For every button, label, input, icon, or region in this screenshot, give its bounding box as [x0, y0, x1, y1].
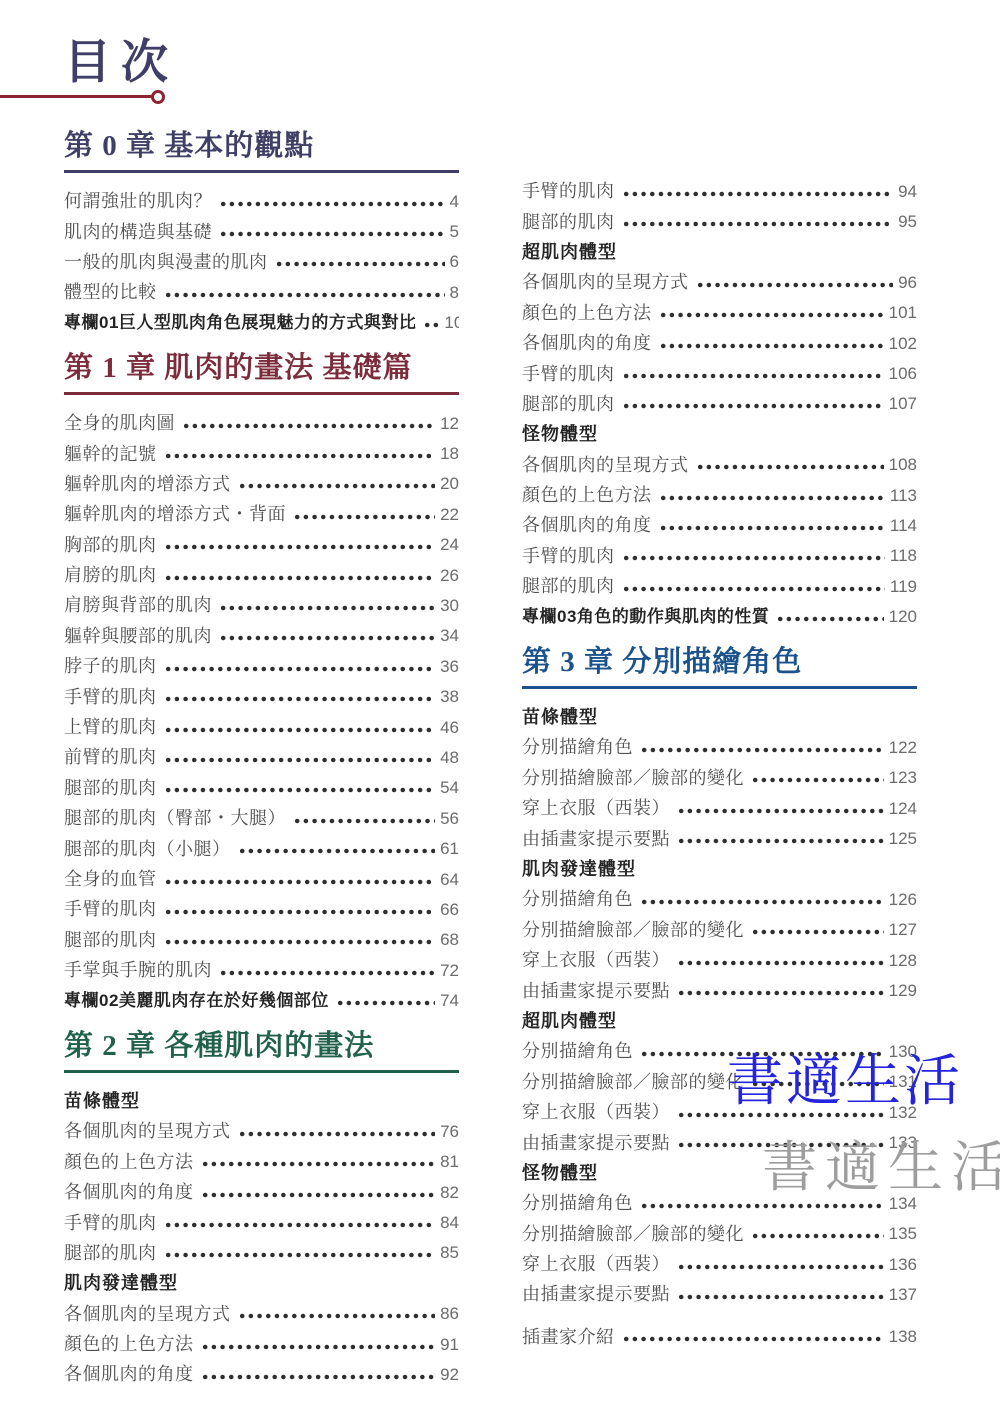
toc-subheading-label: 怪物體型	[522, 425, 598, 443]
dot-leader	[778, 616, 883, 622]
toc-entry-label: 肩膀與背部的肌肉	[64, 596, 212, 614]
toc-entry: 手臂的肌肉38	[64, 681, 459, 711]
title-rule-circle-icon	[151, 90, 165, 104]
toc-entry: 上臂的肌肉46	[64, 712, 459, 742]
page-title: 目次	[64, 38, 178, 90]
toc-entry-label: 各個肌肉的呈現方式	[522, 273, 689, 291]
dot-leader	[221, 605, 435, 611]
toc-entry-label: 插畫家介紹	[522, 1328, 615, 1346]
page-number: 34	[440, 627, 459, 644]
dot-leader	[679, 1264, 884, 1270]
toc-entry-label: 穿上衣服（西裝）	[522, 1103, 670, 1121]
toc-entry-label: 穿上衣服（西裝）	[522, 799, 670, 817]
page-number: 128	[889, 952, 917, 969]
toc-entry-label: 各個肌肉的角度	[522, 516, 652, 534]
dot-leader	[679, 1294, 884, 1300]
toc-entry: 胸部的肌肉24	[64, 530, 459, 560]
dot-leader	[679, 960, 884, 966]
page-number: 18	[440, 445, 459, 462]
dot-leader	[679, 808, 884, 814]
toc-entry: 手臂的肌肉84	[64, 1207, 459, 1237]
watermark-blue: 書適生活	[727, 1054, 963, 1110]
page-number: 102	[889, 335, 917, 352]
toc-entry-label: 腿部的肌肉	[64, 1244, 157, 1262]
toc-entry: 分別描繪角色126	[522, 884, 917, 914]
toc-entry: 各個肌肉的呈現方式86	[64, 1299, 459, 1329]
toc-entry: 全身的肌肉圖12	[64, 408, 459, 438]
toc-entry: 手臂的肌肉94	[522, 176, 917, 206]
toc-subheading-label: 超肌肉體型	[522, 243, 617, 261]
dot-leader	[166, 575, 436, 581]
toc-entry: 肩膀的肌肉26	[64, 560, 459, 590]
page-number: 22	[440, 506, 459, 523]
dot-leader	[661, 343, 884, 349]
toc-subheading-label: 超肌肉體型	[522, 1012, 617, 1030]
toc-entry-label: 軀幹肌肉的增添方式	[64, 475, 231, 493]
dot-leader	[166, 787, 436, 793]
toc-entry: 穿上衣服（西裝）124	[522, 793, 917, 823]
toc-entry: 插畫家介紹138	[522, 1322, 917, 1352]
dot-leader	[642, 899, 884, 905]
toc-entry: 軀幹與腰部的肌肉34	[64, 621, 459, 651]
page-number: 125	[889, 830, 917, 847]
toc-subheading: 超肌肉體型	[522, 1006, 917, 1036]
dot-leader	[203, 1192, 436, 1198]
page-number: 129	[889, 982, 917, 999]
toc-entry-label: 由插畫家提示要點	[522, 1134, 670, 1152]
page-number: 95	[898, 213, 917, 230]
toc-entry: 顏色的上色方法113	[522, 480, 917, 510]
toc-entry: 肩膀與背部的肌肉30	[64, 590, 459, 620]
page-number: 64	[440, 871, 459, 888]
dot-leader	[679, 838, 884, 844]
toc-entry: 腿部的肌肉119	[522, 571, 917, 601]
dot-leader	[698, 464, 884, 470]
toc-entry: 體型的比較8	[64, 277, 459, 307]
toc-entry: 各個肌肉的呈現方式76	[64, 1116, 459, 1146]
toc-entry: 手臂的肌肉66	[64, 894, 459, 924]
toc-entry-label: 穿上衣服（西裝）	[522, 1255, 670, 1273]
page-number: 66	[440, 901, 459, 918]
page-number: 46	[440, 719, 459, 736]
page-number: 72	[440, 962, 459, 979]
dot-leader	[624, 373, 884, 379]
dot-leader	[166, 544, 436, 550]
dot-leader	[240, 848, 436, 854]
dot-leader	[166, 757, 436, 763]
page-number: 107	[889, 395, 917, 412]
page-number: 81	[440, 1153, 459, 1170]
dot-leader	[277, 261, 445, 267]
page-number: 91	[440, 1336, 459, 1353]
toc-entry-label: 手臂的肌肉	[64, 688, 157, 706]
toc-entry: 分別描繪臉部／臉部的變化123	[522, 763, 917, 793]
dot-leader	[338, 1000, 435, 1006]
dot-leader	[698, 282, 894, 288]
toc-page: 目次 第 0 章 基本的觀點何謂強壯的肌肉？4肌肉的構造與基礎5一般的肌肉與漫畫…	[0, 0, 1000, 1412]
page-number: 84	[440, 1214, 459, 1231]
toc-entry-label: 各個肌肉的呈現方式	[64, 1305, 231, 1323]
toc-entry-label: 一般的肌肉與漫畫的肌肉	[64, 253, 268, 271]
page-number: 5	[450, 223, 459, 240]
dot-leader	[624, 191, 894, 197]
toc-entry-label: 手臂的肌肉	[64, 900, 157, 918]
page-number: 68	[440, 931, 459, 948]
toc-entry-label: 分別描繪臉部／臉部的變化	[522, 921, 744, 939]
dot-leader	[624, 555, 885, 561]
page-number: 119	[890, 578, 917, 595]
page-number: 127	[889, 921, 917, 938]
page-number: 85	[440, 1244, 459, 1261]
toc-entry-label: 腿部的肌肉	[64, 931, 157, 949]
toc-entry-label: 分別描繪臉部／臉部的變化	[522, 1073, 744, 1091]
page-number: 56	[440, 810, 459, 827]
toc-subheading: 超肌肉體型	[522, 237, 917, 267]
page-number: 123	[889, 769, 917, 786]
dot-leader	[240, 1131, 436, 1137]
dot-leader	[642, 747, 884, 753]
toc-entry: 由插畫家提示要點129	[522, 975, 917, 1005]
toc-entry: 脖子的肌肉36	[64, 651, 459, 681]
page-number: 137	[889, 1286, 917, 1303]
toc-entry-label: 專欄01巨人型肌肉角色展現魅力的方式與對比	[64, 314, 416, 331]
toc-section: 手臂的肌肉94腿部的肌肉95超肌肉體型各個肌肉的呈現方式96顏色的上色方法101…	[522, 176, 917, 632]
toc-subheading: 苗條體型	[64, 1086, 459, 1116]
page-number: 138	[889, 1328, 917, 1345]
dot-leader	[221, 970, 435, 976]
toc-entry: 腿部的肌肉85	[64, 1238, 459, 1268]
page-number: 120	[889, 608, 917, 625]
toc-entry: 各個肌肉的角度92	[64, 1359, 459, 1389]
toc-left-column: 第 0 章 基本的觀點何謂強壯的肌肉？4肌肉的構造與基礎5一般的肌肉與漫畫的肌肉…	[64, 128, 459, 1390]
toc-entry: 手臂的肌肉118	[522, 541, 917, 571]
toc-subheading: 肌肉發達體型	[64, 1268, 459, 1298]
dot-leader	[661, 525, 885, 531]
page-number: 38	[440, 688, 459, 705]
toc-entry-label: 顏色的上色方法	[522, 304, 652, 322]
toc-entry-label: 肌肉的構造與基礎	[64, 223, 212, 241]
toc-entry-label: 前臂的肌肉	[64, 748, 157, 766]
page-number: 24	[440, 536, 459, 553]
toc-entry: 何謂強壯的肌肉？4	[64, 186, 459, 216]
toc-entry-label: 分別描繪角色	[522, 1042, 633, 1060]
dot-leader	[203, 1344, 436, 1350]
page-number: 113	[890, 487, 917, 504]
toc-entry-label: 由插畫家提示要點	[522, 982, 670, 1000]
toc-entry-label: 各個肌肉的角度	[64, 1183, 194, 1201]
dot-leader	[166, 1252, 436, 1258]
toc-entry-label: 各個肌肉的呈現方式	[522, 456, 689, 474]
page-number: 61	[440, 840, 459, 857]
page-number: 4	[450, 193, 459, 210]
page-number: 122	[889, 739, 917, 756]
chapter-section: 第 2 章 各種肌肉的畫法苗條體型各個肌肉的呈現方式76顏色的上色方法81各個肌…	[64, 1028, 459, 1390]
toc-subheading: 怪物體型	[522, 419, 917, 449]
toc-entry-label: 由插畫家提示要點	[522, 830, 670, 848]
toc-entry: 顏色的上色方法91	[64, 1329, 459, 1359]
toc-subheading-label: 肌肉發達體型	[522, 860, 636, 878]
toc-subheading-label: 苗條體型	[64, 1092, 140, 1110]
dot-leader	[240, 1313, 436, 1319]
toc-entry: 腿部的肌肉68	[64, 925, 459, 955]
dot-leader	[166, 1222, 436, 1228]
toc-subheading-label: 怪物體型	[522, 1164, 598, 1182]
page-number: 54	[440, 779, 459, 796]
toc-entry: 顏色的上色方法81	[64, 1147, 459, 1177]
toc-entry: 腿部的肌肉（小腿）61	[64, 833, 459, 863]
dot-leader	[166, 696, 436, 702]
toc-entry: 腿部的肌肉54	[64, 773, 459, 803]
page-number: 36	[440, 658, 459, 675]
chapter-heading: 第 0 章 基本的觀點	[64, 128, 459, 173]
toc-entry: 腿部的肌肉95	[522, 206, 917, 236]
dot-leader	[166, 727, 436, 733]
dot-leader	[753, 929, 884, 935]
dot-leader	[624, 1336, 884, 1342]
dot-leader	[624, 221, 894, 227]
toc-entry-label: 分別描繪角色	[522, 738, 633, 756]
toc-entry: 軀幹肌肉的增添方式・背面22	[64, 499, 459, 529]
toc-entry-label: 手臂的肌肉	[64, 1214, 157, 1232]
toc-entry: 腿部的肌肉107	[522, 389, 917, 419]
toc-entry-label: 腿部的肌肉	[522, 213, 615, 231]
toc-entry: 前臂的肌肉48	[64, 742, 459, 772]
dot-leader	[166, 666, 436, 672]
toc-entry: 分別描繪角色122	[522, 732, 917, 762]
dot-leader	[166, 909, 436, 915]
toc-subheading: 肌肉發達體型	[522, 854, 917, 884]
page-number: 6	[450, 253, 459, 270]
dot-leader	[166, 453, 436, 459]
page-number: 118	[890, 547, 917, 564]
toc-entry-label: 軀幹與腰部的肌肉	[64, 627, 212, 645]
page-number: 76	[440, 1123, 459, 1140]
chapter-heading: 第 3 章 分別描繪角色	[522, 644, 917, 689]
dot-leader	[642, 1203, 884, 1209]
dot-leader	[203, 1161, 436, 1167]
toc-entry: 專欄02美麗肌肉存在於好幾個部位74	[64, 985, 459, 1015]
toc-entry: 各個肌肉的呈現方式96	[522, 267, 917, 297]
title-rule-line	[0, 95, 153, 98]
toc-entry-label: 各個肌肉的角度	[522, 334, 652, 352]
page-number: 74	[440, 992, 459, 1009]
page-number: 8	[450, 284, 459, 301]
toc-entry: 專欄03角色的動作與肌肉的性質120	[522, 601, 917, 631]
toc-entry-label: 何謂強壯的肌肉？	[64, 192, 212, 210]
toc-entry-label: 穿上衣服（西裝）	[522, 951, 670, 969]
dot-leader	[221, 231, 445, 237]
toc-entry-label: 全身的血管	[64, 870, 157, 888]
page-number: 26	[440, 567, 459, 584]
page-number: 94	[898, 183, 917, 200]
dot-leader	[184, 423, 435, 429]
dot-leader	[240, 483, 436, 489]
toc-subheading: 苗條體型	[522, 702, 917, 732]
page-number: 30	[440, 597, 459, 614]
toc-subheading-label: 肌肉發達體型	[64, 1274, 178, 1292]
page-number: 48	[440, 749, 459, 766]
toc-entry: 軀幹肌肉的增添方式20	[64, 469, 459, 499]
page-number: 86	[440, 1305, 459, 1322]
toc-entry-label: 分別描繪角色	[522, 1194, 633, 1212]
page-number: 12	[440, 415, 459, 432]
toc-entry-label: 腿部的肌肉（臀部・大腿）	[64, 809, 286, 827]
toc-entry-label: 腿部的肌肉	[522, 577, 615, 595]
dot-leader	[624, 403, 884, 409]
dot-leader	[295, 818, 435, 824]
page-number: 126	[889, 891, 917, 908]
dot-leader	[166, 939, 436, 945]
toc-entry-label: 肩膀的肌肉	[64, 566, 157, 584]
dot-leader	[661, 495, 885, 501]
page-number: 101	[889, 304, 917, 321]
toc-entry: 軀幹的記號18	[64, 438, 459, 468]
toc-entry: 各個肌肉的呈現方式108	[522, 450, 917, 480]
dot-leader	[203, 1374, 436, 1380]
chapter-section: 第 1 章 肌肉的畫法 基礎篇全身的肌肉圖12軀幹的記號18軀幹肌肉的增添方式2…	[64, 350, 459, 1016]
toc-subheading-label: 苗條體型	[522, 708, 598, 726]
page-number: 135	[889, 1225, 917, 1242]
toc-entry-label: 顏色的上色方法	[64, 1153, 194, 1171]
toc-entry-label: 脖子的肌肉	[64, 657, 157, 675]
toc-entry-label: 各個肌肉的呈現方式	[64, 1122, 231, 1140]
dot-leader	[295, 514, 435, 520]
page-number: 136	[889, 1256, 917, 1273]
dot-leader	[661, 312, 884, 318]
toc-entry: 手掌與手腕的肌肉72	[64, 955, 459, 985]
toc-entry-label: 手臂的肌肉	[522, 365, 615, 383]
dot-leader	[753, 777, 884, 783]
chapter-heading: 第 1 章 肌肉的畫法 基礎篇	[64, 350, 459, 395]
dot-leader	[166, 292, 445, 298]
page-number: 20	[440, 475, 459, 492]
toc-entry: 專欄01巨人型肌肉角色展現魅力的方式與對比10	[64, 308, 459, 338]
toc-entry-label: 腿部的肌肉（小腿）	[64, 840, 231, 858]
chapter-section: 第 3 章 分別描繪角色苗條體型分別描繪角色122分別描繪臉部／臉部的變化123…	[522, 644, 917, 1310]
toc-entry: 肌肉的構造與基礎5	[64, 216, 459, 246]
watermark-gray: 書適生活	[762, 1140, 1000, 1195]
toc-entry: 各個肌肉的角度114	[522, 510, 917, 540]
toc-entry-label: 分別描繪角色	[522, 890, 633, 908]
toc-entry-label: 胸部的肌肉	[64, 536, 157, 554]
toc-entry: 穿上衣服（西裝）128	[522, 945, 917, 975]
dot-leader	[221, 201, 445, 207]
toc-entry: 分別描繪臉部／臉部的變化135	[522, 1219, 917, 1249]
toc-entry-label: 軀幹的記號	[64, 445, 157, 463]
page-number: 108	[889, 456, 917, 473]
dot-leader	[425, 322, 439, 328]
page-number: 106	[889, 365, 917, 382]
toc-entry: 腿部的肌肉（臀部・大腿）56	[64, 803, 459, 833]
toc-entry-label: 專欄03角色的動作與肌肉的性質	[522, 608, 769, 625]
toc-entry: 全身的血管64	[64, 864, 459, 894]
toc-entry: 顏色的上色方法101	[522, 298, 917, 328]
toc-entry: 一般的肌肉與漫畫的肌肉6	[64, 247, 459, 277]
dot-leader	[624, 586, 885, 592]
toc-entry-label: 手掌與手腕的肌肉	[64, 961, 212, 979]
toc-entry-label: 上臂的肌肉	[64, 718, 157, 736]
toc-entry-label: 顏色的上色方法	[522, 486, 652, 504]
toc-entry-label: 軀幹肌肉的增添方式・背面	[64, 505, 286, 523]
toc-entry-label: 手臂的肌肉	[522, 547, 615, 565]
toc-entry: 由插畫家提示要點125	[522, 823, 917, 853]
dot-leader	[753, 1233, 884, 1239]
toc-entry-label: 體型的比較	[64, 283, 157, 301]
toc-section: 插畫家介紹138	[522, 1322, 917, 1352]
chapter-section: 第 0 章 基本的觀點何謂強壯的肌肉？4肌肉的構造與基礎5一般的肌肉與漫畫的肌肉…	[64, 128, 459, 338]
toc-entry-label: 由插畫家提示要點	[522, 1285, 670, 1303]
toc-entry: 各個肌肉的角度82	[64, 1177, 459, 1207]
toc-entry-label: 腿部的肌肉	[522, 395, 615, 413]
toc-entry-label: 顏色的上色方法	[64, 1335, 194, 1353]
toc-entry-label: 專欄02美麗肌肉存在於好幾個部位	[64, 992, 329, 1009]
dot-leader	[221, 635, 435, 641]
dot-leader	[679, 990, 884, 996]
toc-entry-label: 各個肌肉的角度	[64, 1365, 194, 1383]
toc-entry: 手臂的肌肉106	[522, 358, 917, 388]
chapter-heading: 第 2 章 各種肌肉的畫法	[64, 1028, 459, 1073]
dot-leader	[166, 879, 436, 885]
page-number: 114	[890, 517, 917, 534]
page-number: 92	[440, 1366, 459, 1383]
page-number: 124	[889, 800, 917, 817]
toc-entry-label: 分別描繪臉部／臉部的變化	[522, 769, 744, 787]
page-number: 96	[898, 274, 917, 291]
toc-entry-label: 手臂的肌肉	[522, 182, 615, 200]
toc-entry-label: 全身的肌肉圖	[64, 414, 175, 432]
toc-entry: 分別描繪臉部／臉部的變化127	[522, 915, 917, 945]
toc-entry: 由插畫家提示要點137	[522, 1279, 917, 1309]
toc-entry: 穿上衣服（西裝）136	[522, 1249, 917, 1279]
page-number: 10	[444, 314, 459, 331]
toc-entry-label: 腿部的肌肉	[64, 779, 157, 797]
toc-entry-label: 分別描繪臉部／臉部的變化	[522, 1225, 744, 1243]
page-number: 82	[440, 1184, 459, 1201]
toc-entry: 各個肌肉的角度102	[522, 328, 917, 358]
